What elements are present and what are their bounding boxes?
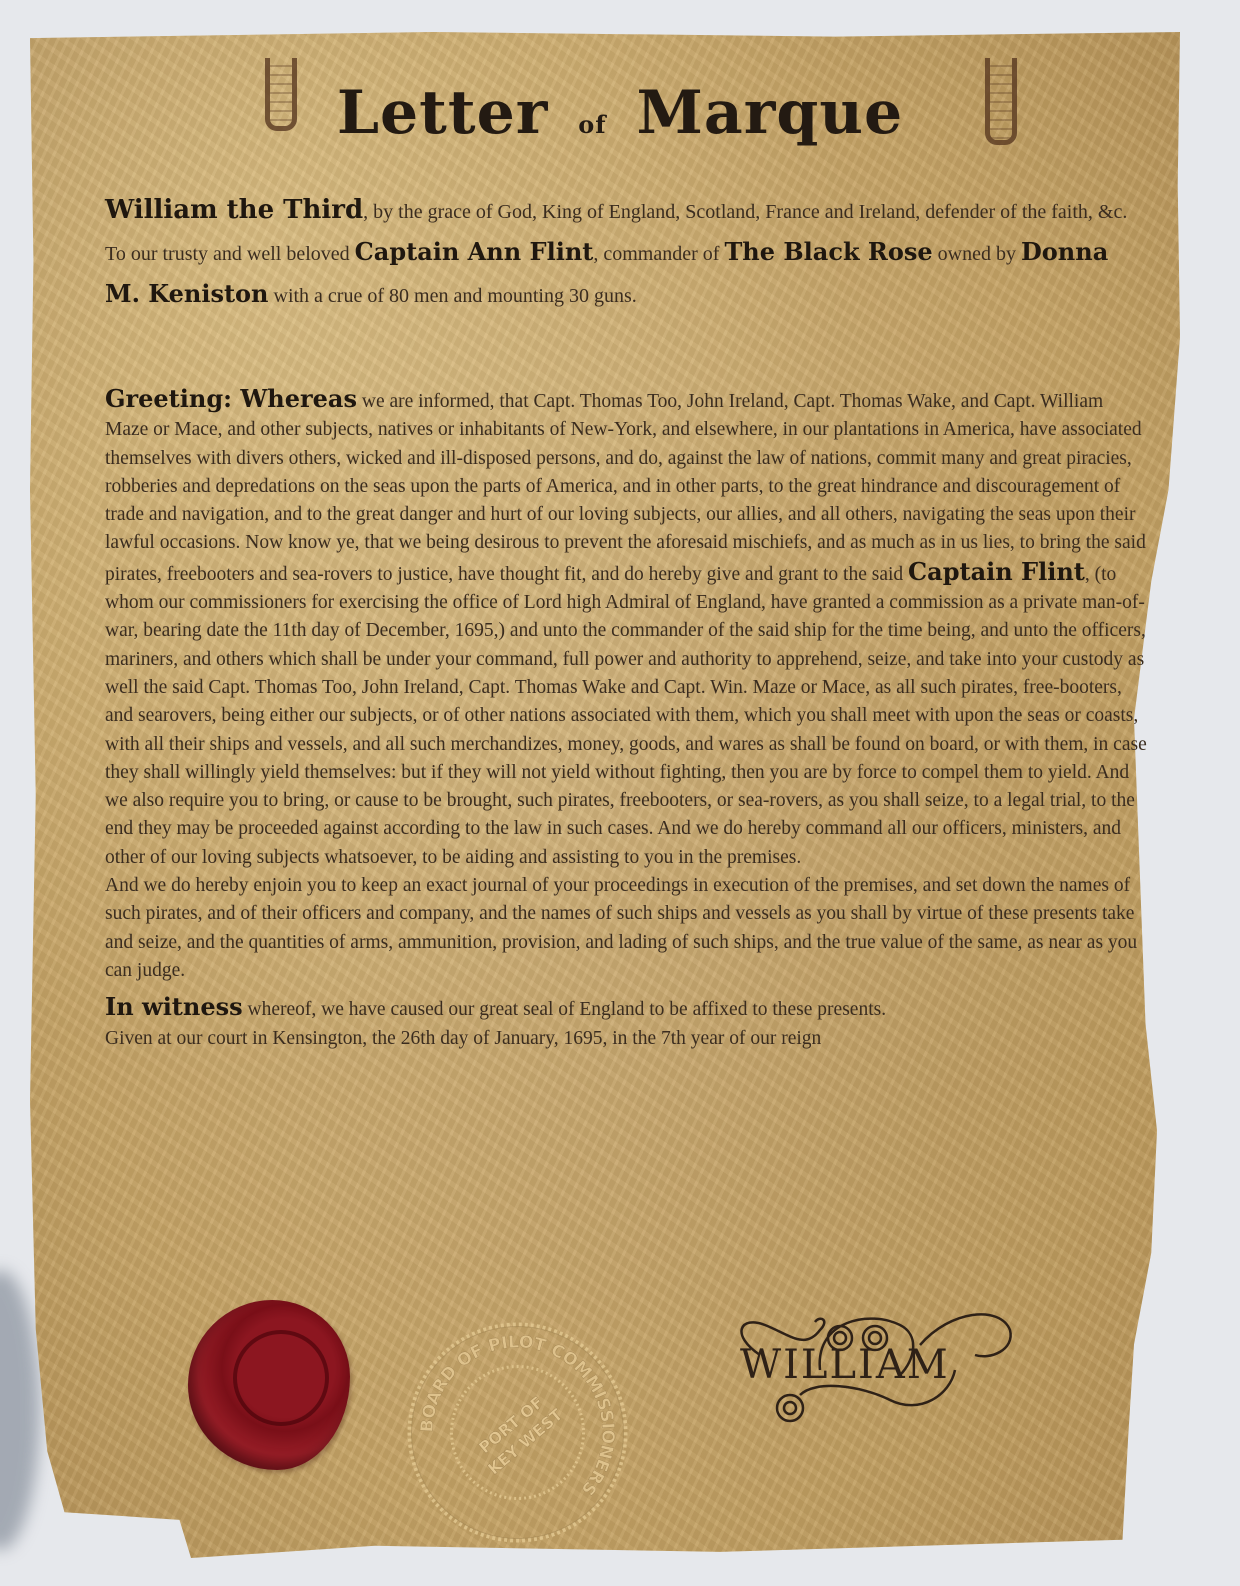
embossed-seal: BOARD OF PILOT COMMISSIONERS PORT OF KEY… <box>405 1320 630 1545</box>
captain-flint: Captain Flint <box>908 557 1085 586</box>
greeting-text: we are informed, that Capt. Thomas Too, … <box>105 391 1146 585</box>
given-text: Given at our court in Kensington, the 26… <box>105 1028 821 1049</box>
signature-name: WILLIAM <box>740 1342 950 1388</box>
preamble-text: with a crue of 80 men and mounting 30 gu… <box>269 285 637 307</box>
title-word-marque: Marque <box>637 78 904 148</box>
greeting-paragraph: Greeting: Whereas we are informed, that … <box>105 385 1150 1053</box>
preamble-text: owned by <box>933 243 1021 265</box>
title-word-letter: Letter <box>337 78 549 148</box>
captain-name: Captain Ann Flint <box>355 237 594 266</box>
witness-lead: In witness <box>105 992 243 1021</box>
journal-text: And we do hereby enjoin you to keep an e… <box>105 875 1137 981</box>
king-name: William the Third <box>105 195 363 225</box>
greeting-text: , (to whom our commissioners for exercis… <box>105 564 1147 868</box>
greeting-lead: Greeting: Whereas <box>105 384 357 413</box>
witness-text: whereof, we have caused our great seal o… <box>243 999 886 1020</box>
royal-signature: WILLIAM <box>720 1300 1020 1430</box>
preamble-paragraph: William the Third, by the grace of God, … <box>105 190 1150 316</box>
document-title: Letter of Marque <box>0 78 1240 148</box>
shadow <box>0 1270 40 1550</box>
ship-name: The Black Rose <box>724 237 932 266</box>
preamble-text: , commander of <box>593 243 724 265</box>
title-word-of: of <box>578 110 606 139</box>
